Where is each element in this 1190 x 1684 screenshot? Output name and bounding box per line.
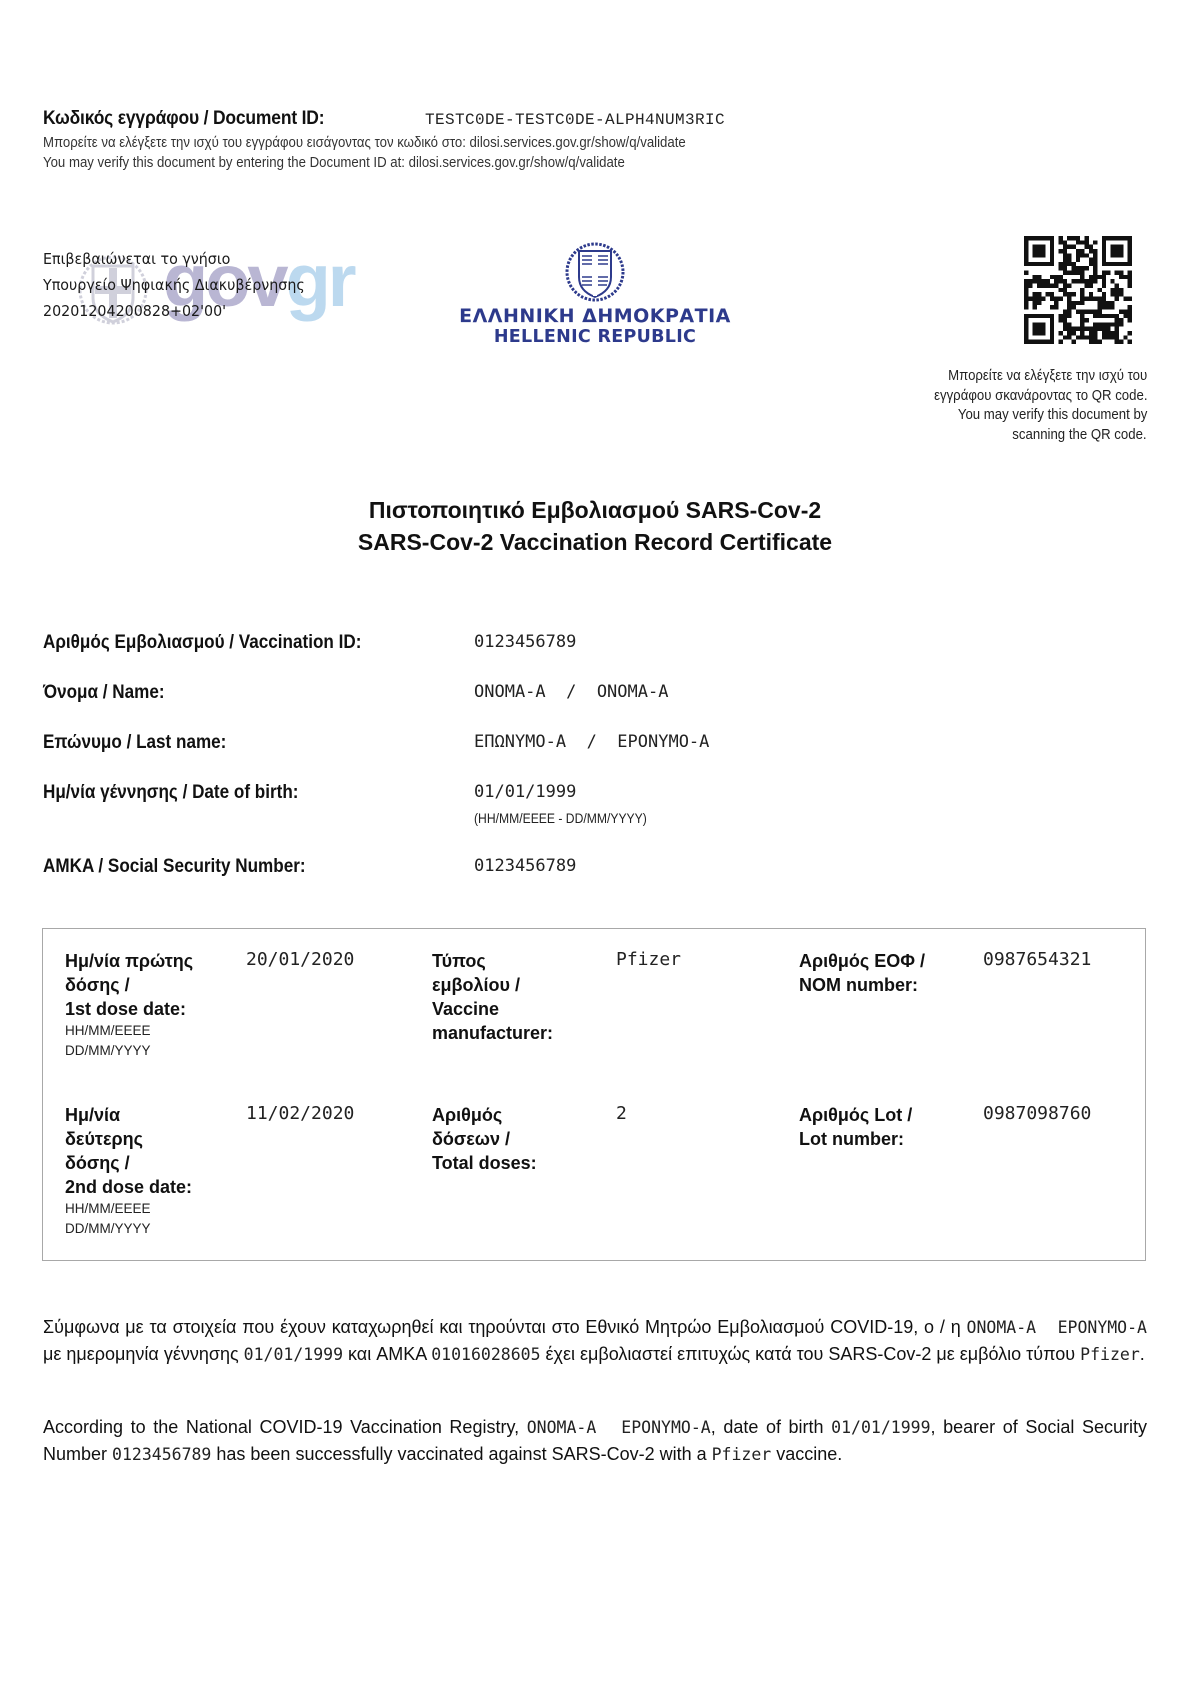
hellenic-republic-emblem-icon: [564, 241, 626, 303]
last-name-value: ΕΠΩΝΥΜΟ-Α / EPONYMO-A: [474, 732, 709, 752]
amka-value: 0123456789: [474, 856, 576, 876]
verify-instructions-english: You may verify this document by entering…: [43, 154, 625, 171]
signature-ministry: Υπουργείο Ψηφιακής Διακυβέρνησης: [43, 276, 305, 294]
statement-name: ONOMA-A EPONYMO-A: [527, 1418, 711, 1437]
verify-instructions-greek: Μπορείτε να ελέγξετε την ισχύ του εγγράφ…: [43, 134, 686, 151]
signature-verified-text: Επιβεβαιώνεται το γνήσιο: [43, 250, 230, 268]
qr-code-icon: [1024, 236, 1132, 344]
second-dose-date-format-hint: HH/MM/EEEE DD/MM/YYYY: [65, 1199, 151, 1239]
statement-vaccine: Pfizer: [712, 1445, 772, 1464]
qr-note-line: scanning the QR code.: [1013, 426, 1147, 443]
document-id-value: TESTC0DE-TESTC0DE-ALPH4NUM3RIC: [425, 111, 725, 129]
digital-signature-block: govgr Επιβεβαιώνεται το γνήσιο Υπουργείο…: [43, 250, 373, 330]
eof-number-value: 0987654321: [983, 949, 1091, 970]
lot-number-value: 0987098760: [983, 1103, 1091, 1124]
lot-number-label: Αριθμός Lot / Lot number:: [799, 1103, 912, 1151]
certificate-title-greek: Πιστοποιητικό Εμβολιασμού SARS-Cov-2: [0, 497, 1190, 524]
date-of-birth-value: 01/01/1999: [474, 782, 576, 802]
statement-amka: 0123456789: [112, 1445, 211, 1464]
qr-note-line: εγγράφου σκανάροντας το QR code.: [934, 387, 1147, 404]
first-dose-date-value: 20/01/2020: [246, 949, 354, 970]
qr-note-line: You may verify this document by: [957, 406, 1147, 423]
total-doses-label: Αριθμός δόσεων / Total doses:: [432, 1103, 537, 1175]
statement-vaccine: Pfizer: [1080, 1345, 1140, 1364]
last-name-label: Επώνυμο / Last name:: [43, 732, 226, 754]
hellenic-republic-greek: ΕΛΛΗΝΙΚΗ ΔΗΜΟΚΡΑΤΙΑ: [420, 305, 770, 327]
statement-dob: 01/01/1999: [831, 1418, 930, 1437]
statement-dob: 01/01/1999: [244, 1345, 343, 1364]
second-dose-date-value: 11/02/2020: [246, 1103, 354, 1124]
hellenic-republic-english: HELLENIC REPUBLIC: [420, 327, 770, 347]
statement-amka: 01016028605: [431, 1345, 540, 1364]
first-dose-date-label: Ημ/νία πρώτης δόσης / 1st dose date:: [65, 949, 193, 1021]
name-label: Όνομα / Name:: [43, 682, 165, 704]
statement-greek: Σύμφωνα με τα στοιχεία που έχουν καταχωρ…: [43, 1314, 1147, 1368]
signature-timestamp: 20201204200828+02'00': [43, 302, 226, 320]
date-format-hint: (HH/MM/EEEE - DD/MM/YYYY): [474, 811, 647, 826]
vaccination-id-label: Αριθμός Εμβολιασμού / Vaccination ID:: [43, 632, 361, 654]
amka-label: AMKA / Social Security Number:: [43, 856, 306, 878]
second-dose-date-label: Ημ/νία δεύτερης δόσης / 2nd dose date:: [65, 1103, 192, 1199]
total-doses-value: 2: [616, 1103, 627, 1124]
vaccination-id-value: 0123456789: [474, 632, 576, 652]
first-dose-date-format-hint: HH/MM/EEEE DD/MM/YYYY: [65, 1021, 151, 1061]
qr-note-line: Μπορείτε να ελέγξετε την ισχύ του: [948, 367, 1147, 384]
vaccine-manufacturer-value: Pfizer: [616, 949, 681, 970]
date-of-birth-label: Ημ/νία γέννησης / Date of birth:: [43, 782, 298, 804]
certificate-title-english: SARS-Cov-2 Vaccination Record Certificat…: [0, 529, 1190, 556]
eof-number-label: Αριθμός ΕΟΦ / NOM number:: [799, 949, 925, 997]
vaccination-details-box: Ημ/νία πρώτης δόσης / 1st dose date: HH/…: [42, 928, 1146, 1261]
statement-english: According to the National COVID-19 Vacci…: [43, 1414, 1147, 1468]
document-id-label: Κωδικός εγγράφου / Document ID:: [43, 108, 324, 130]
name-value: ONOMA-A / ONOMA-A: [474, 682, 668, 702]
vaccine-manufacturer-label: Τύπος εμβολίου / Vaccine manufacturer:: [432, 949, 553, 1045]
statement-name: ONOMA-A EPONYMO-A: [967, 1318, 1147, 1337]
document-id-row: Κωδικός εγγράφου / Document ID: TESTC0DE…: [43, 108, 349, 130]
